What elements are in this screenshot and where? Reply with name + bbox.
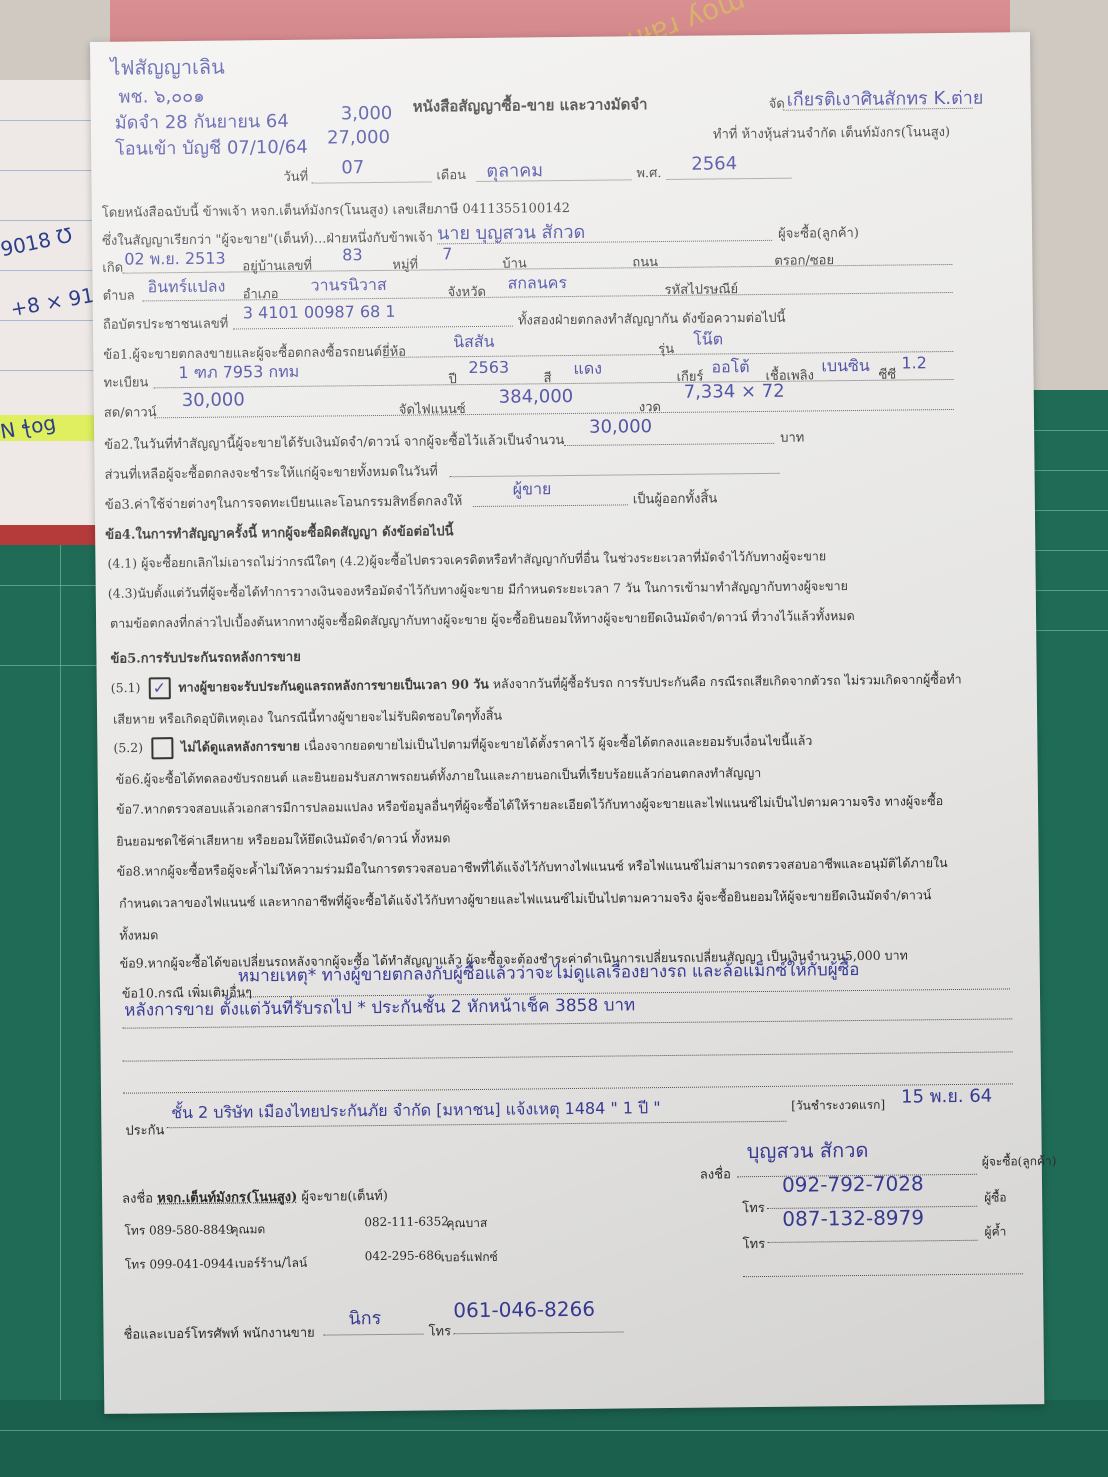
province-value: สกลนคร [507, 271, 567, 297]
clause5-1-checkbox[interactable]: ✓ [148, 677, 170, 699]
clause6-text: ข้อ6.ผู้จะซื้อได้ทดลองขับรถยนต์ และยินยอ… [116, 763, 762, 790]
contact-phone: 082-111-6352 [364, 1214, 449, 1229]
car-year-label: ปี [448, 368, 456, 389]
installment-label: งวด [639, 396, 661, 417]
clause8-mid: กำหนดเวลาของไฟแนนซ์ และหากอาชีพที่ผู้จะซ… [119, 885, 932, 914]
contact-phone: โทร 099-041-0944 [125, 1255, 234, 1275]
road-label: ถนน [632, 251, 658, 272]
buyer-suffix: ผู้จะซื้อ(ลูกค้า) [778, 222, 859, 244]
clause4-3: (4.3)นับตั้งแต่วันที่ผู้จะซื้อได้ทำการวา… [108, 576, 848, 604]
clause5-1-text: หลังจากวันที่ผู้ซื้อรับรถ การรับประกันคื… [493, 671, 962, 691]
seller-sign-label: ลงชื่อ [122, 1191, 153, 1206]
registration-value: 1 ฑภ 7953 กทม [178, 360, 299, 386]
id-number: 3 4101 00987 68 1 [243, 302, 396, 323]
clause10-line1: หมายเหตุ* ทางผู้ขายตกลงกับผู้ซื้อแล้วว่า… [238, 956, 860, 990]
color-value: แดง [573, 357, 602, 382]
car-brand: นิสสัน [453, 330, 495, 355]
house-no-value: 83 [342, 245, 363, 264]
district-label: อำเภอ [243, 283, 279, 304]
seller-sign-row: ลงชื่อ หจก.เต็นท์มังกร(โนนสูง) ผู้จะขาย(… [122, 1185, 388, 1209]
first-due-value: 15 พ.ย. 64 [901, 1081, 992, 1111]
seller-role: ผู้จะขาย(เต็นท์) [301, 1189, 388, 1205]
contact-name: เบอร์แฟกซ์ [441, 1248, 498, 1268]
made-at: ทำที่ ห้างหุ้นส่วนจำกัด เต็นท์มังกร(โนนส… [713, 121, 950, 144]
subdistrict-value: อินทร์แปลง [147, 275, 225, 301]
first-due-label: [วันชำระงวดแรก] [791, 1096, 885, 1116]
sales-label: ชื่อและเบอร์โทรศัพท์ พนักงานขาย [123, 1322, 314, 1345]
day-value: 07 [341, 157, 364, 178]
guarantor-phone: 087-132-8979 [782, 1205, 924, 1230]
house-no-label: อยู่บ้านเลขที่ [242, 255, 312, 277]
notebook-scribble: 9018 ℧ [0, 223, 74, 262]
clause5-1-tail: เสียหาย หรือเกิดอุบัติเหตุเอง ในกรณีนี้ท… [113, 706, 502, 730]
clause7-text: ข้อ7.หากตรวจสอบแล้วเอกสารมีการปลอมแปลง ห… [116, 791, 943, 820]
clause5-2-text: เนื่องจากยอดขายไม่เป็นไปตามที่ผู้จะขายได… [304, 733, 813, 753]
clause3-party: ผู้ขาย [513, 477, 552, 502]
branch-value: เกียรติเงาศินสักทร K.ต่าย [786, 83, 983, 114]
model-label: รุ่น [658, 338, 674, 359]
buyer-signature: บุญสวน สักวด [746, 1134, 868, 1167]
clause5-title: ข้อ5.การรับประกันรถหลังการขาย [110, 646, 301, 669]
note-line: โอนเข้า บัญชี 07/10/64 [115, 132, 308, 163]
contact-name: คุณบาส [446, 1214, 487, 1233]
registration-label: ทะเบียน [103, 371, 148, 392]
car-model: โน๊ต [693, 327, 723, 352]
fuel-value: เบนซิน [821, 354, 870, 380]
month-value: ตุลาคม [486, 155, 543, 185]
clause5-2-row: (5.2) ไม่ได้ดูแลหลังการขาย เนื่องจากยอดข… [113, 730, 812, 759]
contact-phone: โทร 089-580-8849 [124, 1221, 233, 1241]
remaining-text: ส่วนที่เหลือผู้จะซื้อตกลงจะชำระให้แก่ผู้… [104, 460, 438, 484]
installment-value: 7,334 × 72 [684, 381, 785, 403]
buyer-sign-label: ลงชื่อ [700, 1163, 731, 1184]
document-title: หนังสือสัญญาซื้อ-ขาย และวางมัดจำ [413, 92, 648, 118]
finance-value: 384,000 [499, 386, 574, 408]
soi-label: ตรอก/ซอย [774, 249, 834, 271]
clause3-text: ข้อ3.ค่าใช้จ่ายต่างๆในการจดทะเบียนและโอน… [105, 490, 463, 515]
province-label: จังหวัด [448, 281, 486, 302]
moo-label: หมู่ที่ [392, 254, 418, 275]
guarantor-phone-label: โทร [743, 1233, 766, 1254]
postal-label: รหัสไปรษณีย์ [665, 278, 739, 300]
clause7-tail: ยินยอมชดใช้ค่าเสียหาย หรือยอมให้ยึดเงินม… [116, 828, 450, 851]
clause5-2-checkbox[interactable] [151, 737, 173, 759]
note-line: ไฟสัญญาเลิน [110, 51, 225, 84]
day-label: วันที่ [283, 166, 308, 187]
buyer-name: นาย บุญสวน สักวด [437, 217, 586, 248]
sales-phone-label: โทร [428, 1320, 451, 1341]
buyer-phone-role: ผู้ซื้อ [984, 1188, 1007, 1207]
clause4-1: (4.1) ผู้จะซื้อยกเลิกไม่เอารถไม่ว่ากรณีใ… [107, 546, 826, 574]
clause5-1-label: (5.1) [111, 680, 141, 695]
clause5-1-bold: ทางผู้ขายจะรับประกันดูแลรถหลังการขายเป็น… [178, 676, 489, 694]
sales-name: นิกร [348, 1303, 381, 1332]
note-amount: 3,000 [341, 103, 393, 125]
subdistrict-label: ตำบล [103, 285, 135, 306]
finance-label: จัดไฟแนนซ์ [399, 398, 466, 420]
birth-label: เกิด [102, 257, 123, 278]
down-label: สด/ดาวน์ [104, 401, 157, 423]
seller-name: หจก.เต็นท์มังกร(โนนสูง) [157, 1190, 297, 1206]
insurance-label: ประกัน [125, 1119, 164, 1140]
buyer-role: ผู้จะซื้อ(ลูกค้า) [982, 1152, 1057, 1172]
id-suffix: ทั้งสองฝ่ายตกลงทำสัญญากัน ดังข้อความต่อไ… [518, 307, 786, 331]
car-year-value: 2563 [468, 358, 509, 377]
buyer-phone: 092-792-7028 [782, 1171, 924, 1196]
clause5-2-bold: ไม่ได้ดูแลหลังการขาย [181, 738, 300, 754]
contact-phone: 042-295-686 [365, 1248, 442, 1263]
birth-value: 02 พ.ย. 2513 [124, 247, 226, 273]
clause8-text: ข้อ8.หากผู้จะซื้อหรือผู้จะค้ำไม่ให้ความร… [117, 853, 948, 882]
clause4-tail: ตามข้อตกลงที่กล่าวไปเบื้องต้นหากทางผู้จะ… [110, 606, 855, 634]
cc-label: ซีซี [878, 364, 896, 385]
buyer-phone-label: โทร [742, 1197, 765, 1218]
clause3-suffix: เป็นผู้ออกทั้งสิ้น [633, 487, 718, 509]
clause2-text: ข้อ2.ในวันที่ทำสัญญานี้ผู้จะขายได้รับเงิ… [104, 429, 564, 455]
clause4-title: ข้อ4.ในการทำสัญญาครั้งนี้ หากผู้จะซื้อผิ… [105, 520, 454, 545]
note-amount: 27,000 [327, 127, 390, 149]
clause2-amount: 30,000 [589, 416, 652, 438]
color-label: สี [543, 367, 551, 388]
moo-value: 7 [442, 244, 452, 263]
year-value: 2564 [691, 153, 737, 174]
notebook-scribble: +8 × 91 [9, 283, 96, 321]
down-value: 30,000 [182, 389, 245, 411]
cc-value: 1.2 [901, 353, 927, 372]
district-value: วานรนิวาส [310, 273, 386, 299]
gear-value: ออโต้ [711, 355, 749, 380]
contract-paper: ไฟสัญญาเลิน พช. ๖,๐๐๑ มัดจำ 28 กันยายน 6… [90, 32, 1044, 1414]
clause8-tail: ทั้งหมด [119, 925, 158, 945]
clause10-line2: หลังการขาย ตั้งแต่วันที่รับรถไป * ประกัน… [124, 991, 635, 1023]
clause2-unit: บาท [780, 427, 804, 448]
clause5-1-row: (5.1) ✓ ทางผู้ขายจะรับประกันดูแลรถหลังกา… [111, 669, 962, 700]
month-label: เดือน [436, 164, 466, 185]
contact-name: เบอร์ร้าน/ไลน์ [235, 1254, 308, 1274]
clause5-2-label: (5.2) [113, 740, 143, 755]
guarantor-phone-role: ผู้ค้ำ [984, 1222, 1006, 1241]
sales-phone: 061-046-8266 [453, 1297, 595, 1322]
id-label: ถือบัตรประชาชนเลขที่ [103, 313, 228, 335]
year-label: พ.ศ. [636, 162, 661, 183]
contact-name: คุณมด [230, 1220, 265, 1239]
